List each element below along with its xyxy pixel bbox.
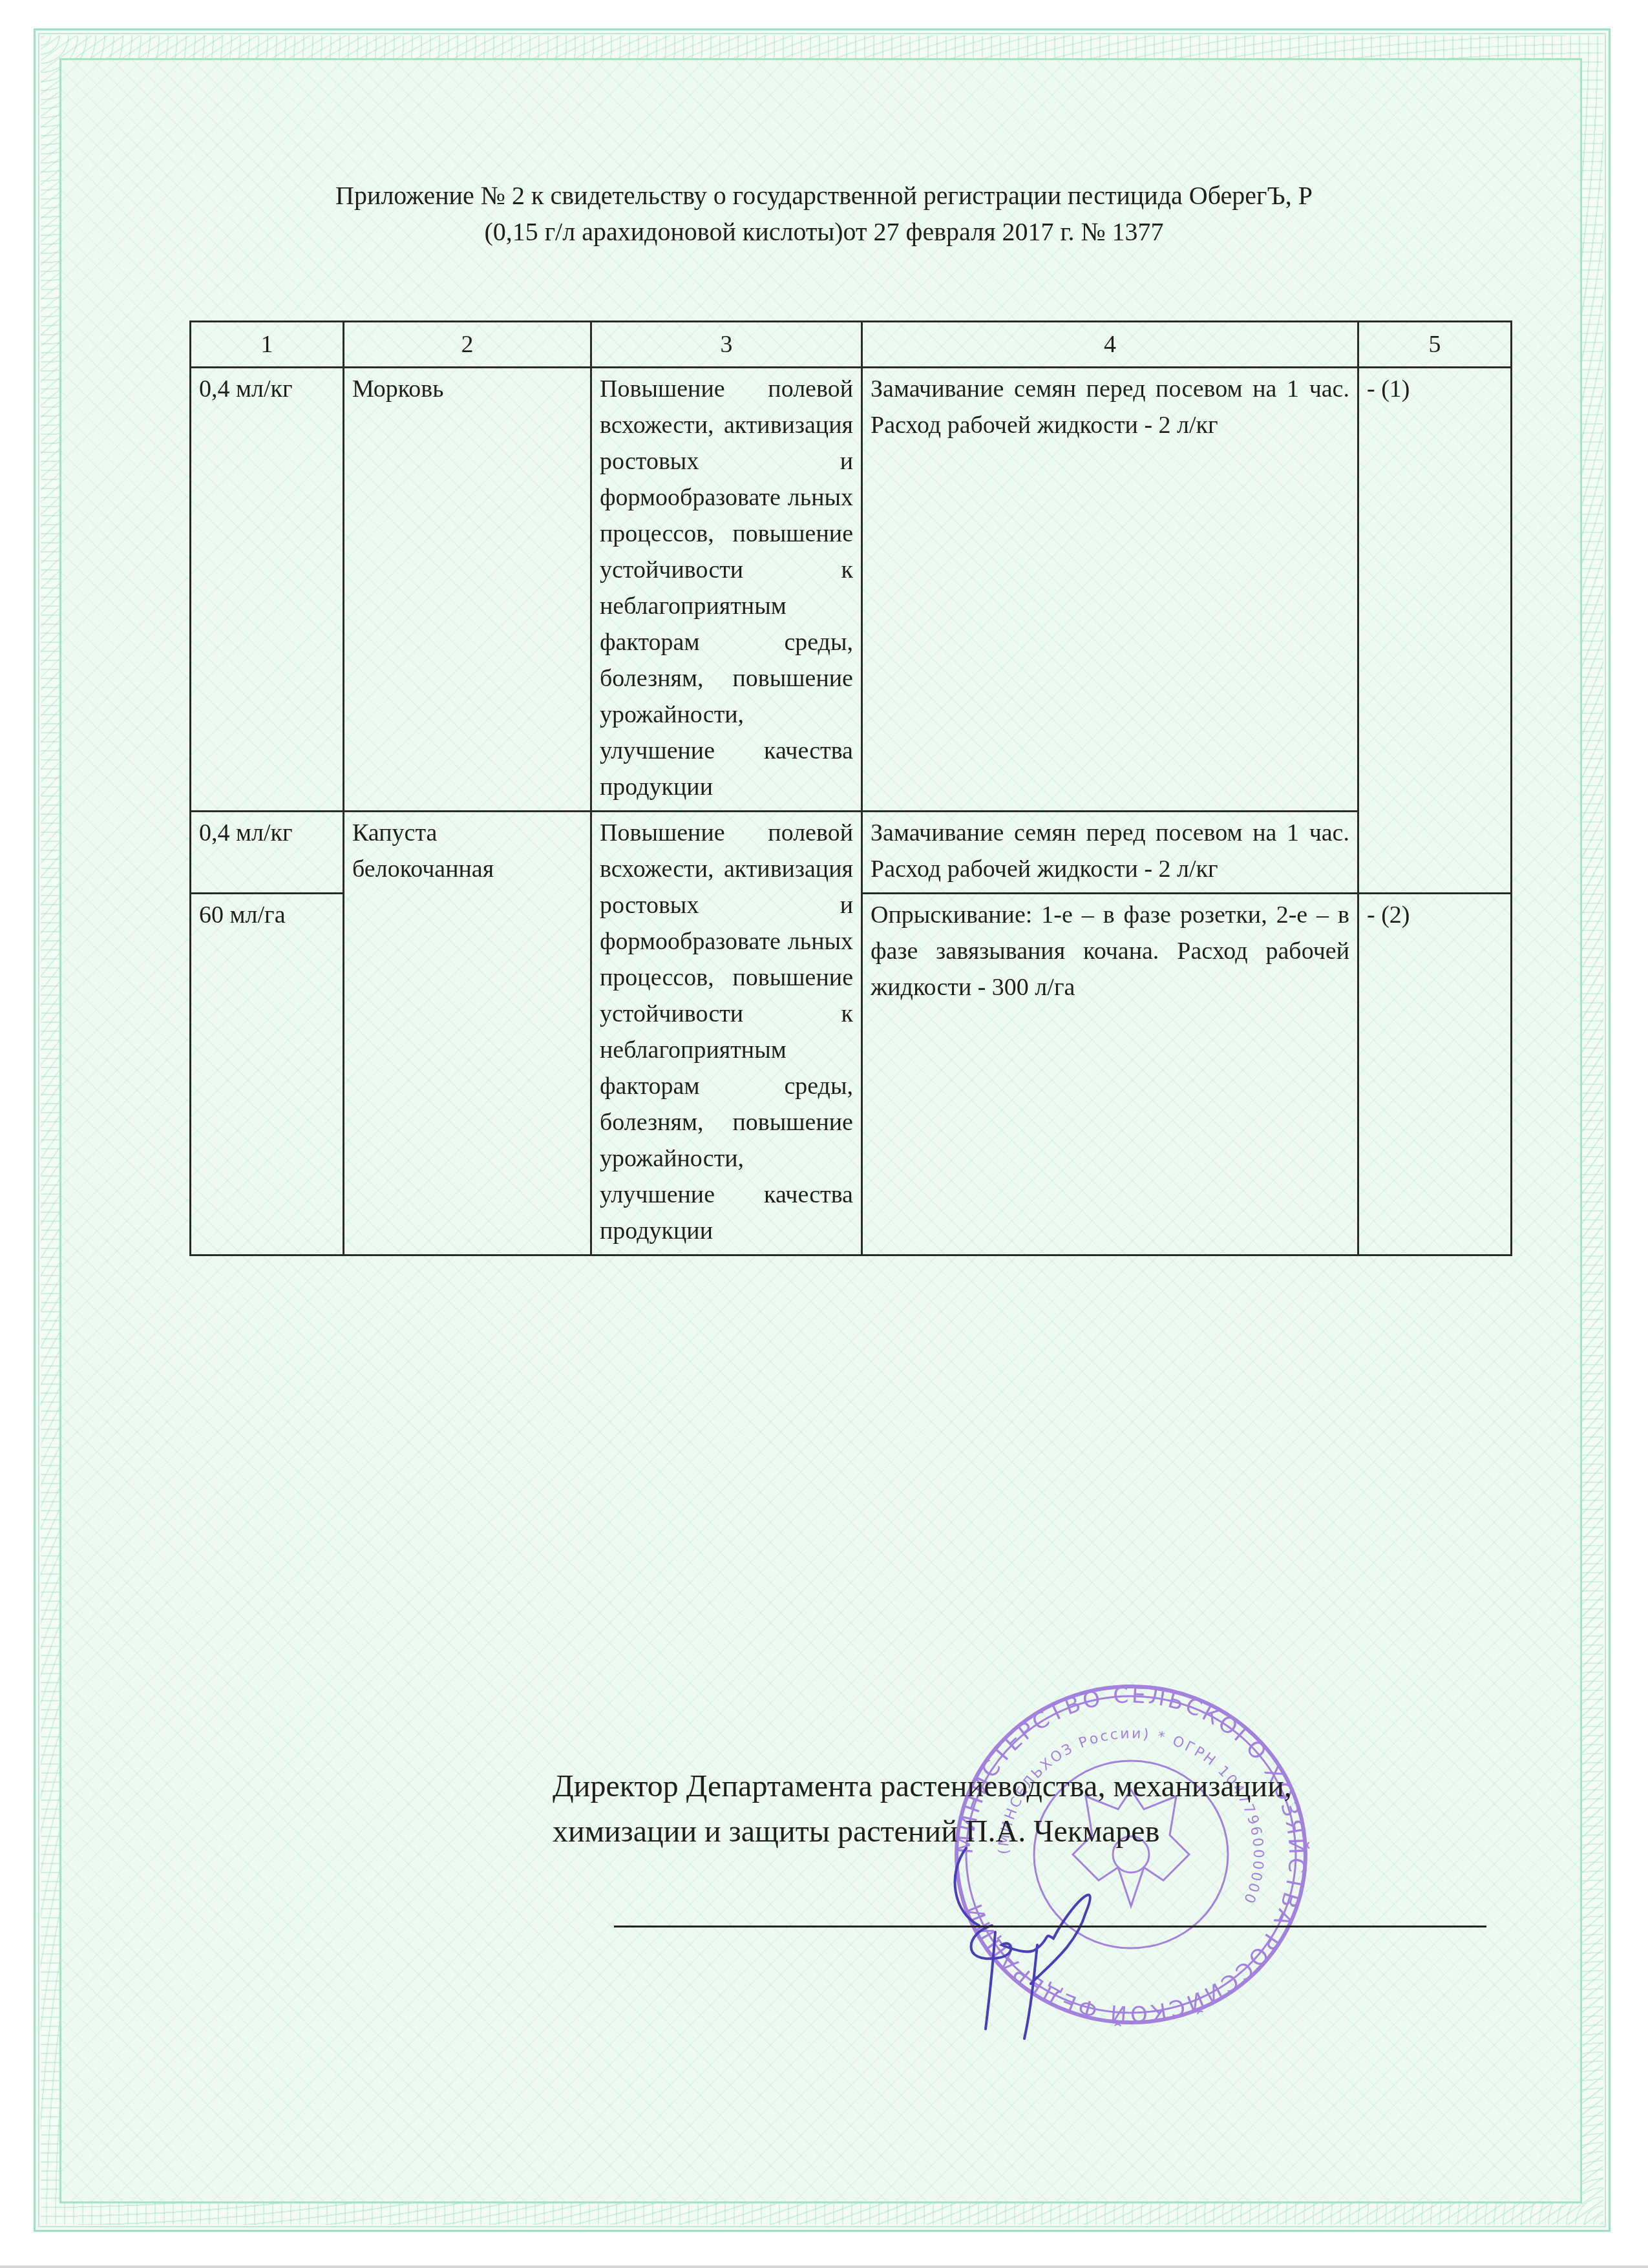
table-row: 0,4 мл/кг Морковь Повышение полевой всхо… (191, 368, 1512, 812)
column-header: 1 (191, 322, 344, 368)
term-cell: - (1) (1358, 368, 1512, 894)
column-header: 4 (862, 322, 1358, 368)
handwritten-signature (940, 1835, 1115, 2042)
method-cell: Замачивание семян перед посевом на 1 час… (862, 368, 1358, 812)
rate-cell: 0,4 мл/кг (191, 812, 344, 894)
heading-line-2: (0,15 г/л арахидоновой кислоты)от 27 фев… (194, 214, 1454, 250)
term-cell: - (2) (1358, 894, 1512, 1255)
signatory-block: Директор Департамента растениеводства, м… (553, 1764, 1522, 1854)
page-edge (0, 2265, 1648, 2268)
purpose-cell: Повышение полевой всхожести, активизация… (591, 368, 862, 812)
signatory-title-line-2: химизации и защиты растений П.А. Чекмаре… (553, 1809, 1522, 1854)
method-cell: Замачивание семян перед посевом на 1 час… (862, 812, 1358, 894)
rate-cell: 0,4 мл/кг (191, 368, 344, 812)
crop-cell: Морковь (344, 368, 591, 812)
registration-table: 1 2 3 4 5 0,4 мл/кг Морковь Повышение по… (189, 320, 1512, 1256)
signatory-title-line-1: Директор Департамента растениеводства, м… (553, 1764, 1522, 1809)
table-row: 0,4 мл/кг Капуста белокочанная Повышение… (191, 812, 1512, 894)
column-header: 3 (591, 322, 862, 368)
signature-line (614, 1926, 1486, 1927)
column-header: 2 (344, 322, 591, 368)
document-heading: Приложение № 2 к свидетельству о государ… (194, 178, 1454, 250)
column-header: 5 (1358, 322, 1512, 368)
purpose-cell: Повышение полевой всхожести, активизация… (591, 812, 862, 1255)
heading-line-1: Приложение № 2 к свидетельству о государ… (194, 178, 1454, 214)
rate-cell: 60 мл/га (191, 894, 344, 1255)
method-cell: Опрыскивание: 1-е – в фазе розетки, 2-е … (862, 894, 1358, 1255)
table-header-row: 1 2 3 4 5 (191, 322, 1512, 368)
crop-cell: Капуста белокочанная (344, 812, 591, 1255)
